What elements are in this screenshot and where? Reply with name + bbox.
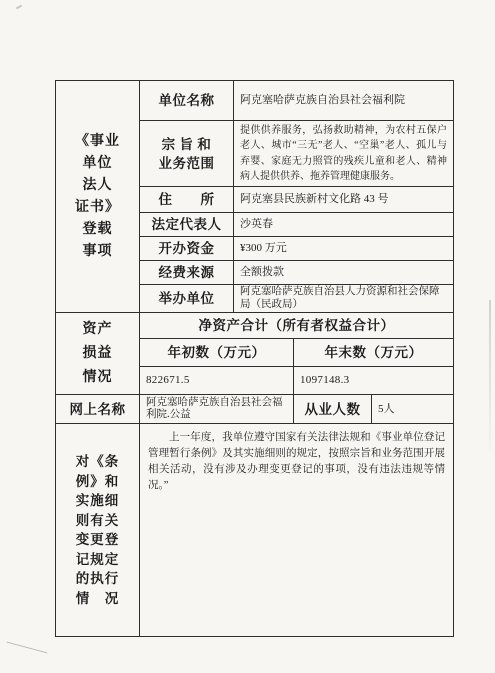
address-label-cell: 住 所 — [139, 186, 233, 212]
capital-value-cell: ¥300 万元 — [233, 236, 453, 260]
mission-label-cell: 宗 旨 和 业务范围 — [139, 120, 233, 186]
mission-value-cell: 提供供养服务，弘扬救助精神，为农村五保户老人、城市“三无”老人、“空巢”老人、孤… — [233, 120, 453, 186]
organizer-value-cell: 阿克塞哈萨克族自治县人力资源和社会保障局（民政局） — [233, 284, 453, 312]
unit-name-value-cell: 阿克塞哈萨克族自治县社会福利院 — [233, 80, 453, 120]
scan-smudge-bottom-left — [7, 642, 48, 654]
funding-value-cell: 全额拨款 — [233, 260, 453, 284]
year-start-label-cell: 年初数（万元） — [139, 338, 293, 366]
compliance-side-label: 对《条 例》和 实施细 则有关 变更登 记规定 的执行 情 况 — [55, 423, 139, 636]
registration-table: 《事业 单位 法人 证书》 登载 事项 资产 损益 情况 网上名称 对《条 例》… — [55, 80, 454, 637]
scan-speck — [16, 5, 22, 10]
assets-side-label: 资产 损益 情况 — [55, 312, 139, 394]
compliance-statement-text: 上一年度，我单位遵守国家有关法律法规和《事业单位登记管理暂行条例》及其实施细则的… — [148, 430, 445, 494]
online-name-label-cell: 网上名称 — [55, 394, 139, 423]
legal-rep-label-cell: 法定代表人 — [139, 212, 233, 236]
organizer-label-cell: 举办单位 — [139, 284, 233, 312]
staff-count-label-cell: 从业人数 — [293, 394, 371, 423]
year-start-value-cell: 822671.5 — [139, 366, 293, 394]
net-assets-header-cell: 净资产合计（所有者权益合计） — [139, 312, 453, 338]
year-end-value-cell: 1097148.3 — [293, 366, 453, 394]
legal-rep-value-cell: 沙英春 — [233, 212, 453, 236]
scanned-document-page: 《事业 单位 法人 证书》 登载 事项 资产 损益 情况 网上名称 对《条 例》… — [0, 0, 495, 673]
year-end-label-cell: 年末数（万元） — [293, 338, 453, 366]
cert-side-label: 《事业 单位 法人 证书》 登载 事项 — [55, 80, 139, 312]
address-value-cell: 阿克塞县民族新村文化路 43 号 — [233, 186, 453, 212]
staff-count-value-cell: 5人 — [371, 394, 453, 423]
funding-label-cell: 经费来源 — [139, 260, 233, 284]
online-name-value-cell: 阿克塞哈萨克族自治县社会福利院.公益 — [139, 394, 293, 423]
compliance-statement-cell: 上一年度，我单位遵守国家有关法律法规和《事业单位登记管理暂行条例》及其实施细则的… — [139, 423, 453, 636]
scan-smudge-right-edge — [489, 300, 491, 450]
unit-name-label-cell: 单位名称 — [139, 80, 233, 120]
capital-label-cell: 开办资金 — [139, 236, 233, 260]
